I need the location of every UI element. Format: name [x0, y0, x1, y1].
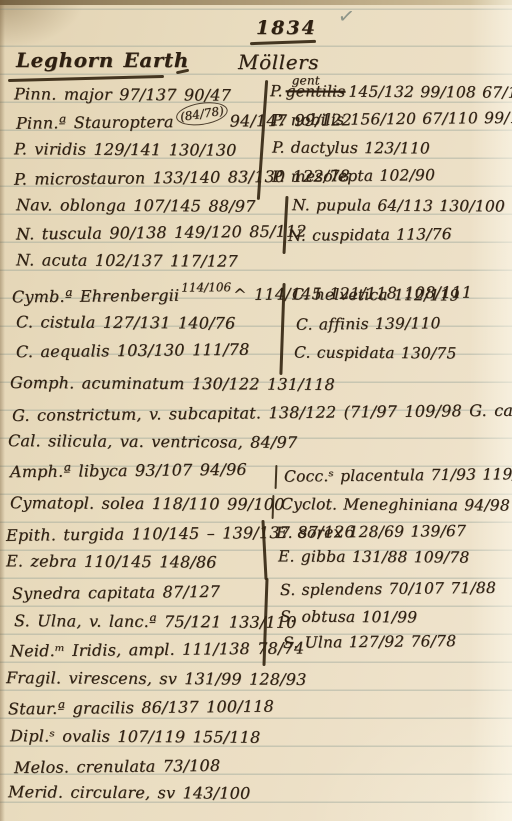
entry-right-3: P. dactylus 123/110: [272, 138, 430, 159]
entry-left-13: Cal. silicula, va. ventricosa, 84/97: [8, 431, 297, 453]
entry-left-25: Merid. circulare, sv 143/100: [8, 782, 250, 803]
entry-left-15: Cymatopl. solea 118/110 99/100: [10, 493, 285, 515]
entry-right-9: C. cuspidata 130/75: [294, 343, 457, 364]
entry-right-10: Cocc.ˢ placentula 71/93 119/89 118/77: [284, 463, 512, 486]
right-column-header: Möllers: [238, 52, 319, 72]
entry-text: Cymb.ª Ehrenbergii: [12, 286, 180, 307]
corrected-word: gentgentilis: [286, 81, 346, 101]
entry-left-10: C. aequalis 103/130 111/78: [16, 340, 250, 362]
entry-left-11: Gomph. acuminatum 130/122 131/118: [10, 373, 335, 395]
entry-right-16: S. Ulna 127/92 76/78: [283, 631, 456, 653]
entry-right-13: E. gibba 131/88 109/78: [278, 546, 470, 567]
entry-left-18: Synedra capitata 87/127: [12, 582, 220, 604]
entry-text: 145/132 99/108 67/105: [348, 83, 512, 102]
entry-left-6: N. tuscula 90/138 149/120 85/112: [16, 221, 307, 244]
entry-right-12: E. sorex 128/69 139/67: [276, 521, 466, 543]
entry-right-1: P.gentgentilis145/132 99/108 67/105: [270, 81, 512, 103]
left-edge-shadow: [0, 0, 5, 821]
entry-right-5: N. pupula 64/113 130/100 100/69: [292, 195, 512, 217]
entry-left-7: N. acuta 102/137 117/127: [16, 250, 238, 271]
entry-left-24: Melos. crenulata 73/108: [14, 756, 220, 778]
entry-text: Pinn.ª Stauroptera: [16, 112, 174, 133]
top-edge-shadow: [0, 0, 512, 5]
entry-left-21: Fragil. virescens, sv 131/99 128/93: [6, 668, 307, 690]
entry-right-11: Cyclot. Meneghiniana 94/98 87/84: [281, 494, 512, 516]
year-title: 1834: [256, 18, 317, 38]
entry-right-4: P. mesolepta 102/90: [272, 165, 435, 187]
entry-left-14: Amph.ª libyca 93/107 94/96: [10, 460, 247, 482]
entry-right-6: N. cuspidata 113/76: [288, 224, 452, 246]
entry-left-22: Staur.ª gracilis 86/137 100/118: [8, 697, 274, 720]
inline-correction: 114/106: [181, 280, 231, 295]
entry-right-8: C. affinis 139/110: [296, 313, 441, 335]
entry-right-2: P. nobilis 156/120 67/110 99/108: [272, 108, 512, 131]
entry-left-3: P. viridis 129/141 130/130: [14, 139, 237, 160]
entry-right-14: S. splendens 70/107 71/88: [280, 578, 496, 600]
left-column-header: Leghorn Earth: [16, 50, 189, 70]
entry-left-23: Dipl.ˢ ovalis 107/119 155/118: [10, 726, 261, 748]
entry-right-7: C. helvetica 112/119: [292, 284, 460, 305]
entry-right-15: S. obtusa 101/99: [280, 607, 417, 628]
entry-left-5: Nav. oblonga 107/145 88/97: [16, 195, 256, 216]
entry-text: P.: [270, 82, 283, 100]
entry-left-20: Neid.ᵐ Iridis, ampl. 111/138 78/74: [10, 638, 305, 661]
manuscript-page: 1834 ✓ Leghorn Earth Möllers Pinn. major…: [0, 0, 512, 821]
entry-left-19: S. Ulna, v. lanc.ª 75/121 133/110: [14, 611, 297, 633]
entry-left-9: C. cistula 127/131 140/76: [16, 312, 236, 333]
entry-left-17: E. zebra 110/145 148/86: [6, 551, 217, 572]
pencil-checkmark-icon: ✓: [336, 3, 356, 29]
inline-correction: gent: [292, 70, 320, 90]
